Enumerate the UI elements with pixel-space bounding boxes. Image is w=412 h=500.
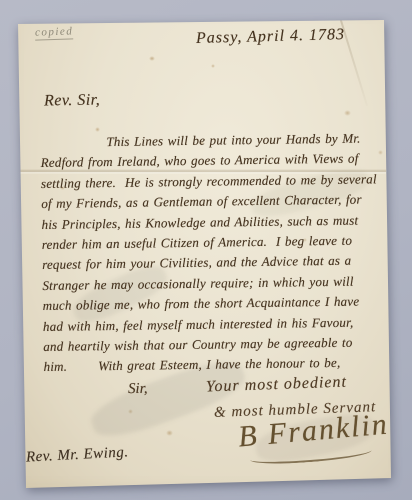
pencil-copied-note: copied bbox=[35, 25, 74, 40]
foxing-spot bbox=[149, 56, 155, 61]
letter-salutation: Rev. Sir, bbox=[44, 92, 100, 111]
foxing-spot bbox=[166, 430, 173, 436]
letter-dateline: Passy, April 4. 1783 bbox=[196, 26, 345, 48]
letter-body: This Lines will be put into your Hands b… bbox=[40, 128, 377, 378]
foxing-spot bbox=[211, 64, 215, 68]
letter-paper: copied Passy, April 4. 1783 Rev. Sir, Th… bbox=[0, 0, 412, 500]
docket-recipient: Rev. Mr. Ewing. bbox=[26, 444, 129, 466]
foxing-spot bbox=[344, 110, 351, 116]
photo-backdrop: copied Passy, April 4. 1783 Rev. Sir, Th… bbox=[0, 0, 412, 500]
foxing-spot bbox=[378, 150, 383, 155]
closing-line-1: Your most obedient bbox=[206, 374, 348, 397]
closing-address: Sir, bbox=[128, 381, 148, 398]
